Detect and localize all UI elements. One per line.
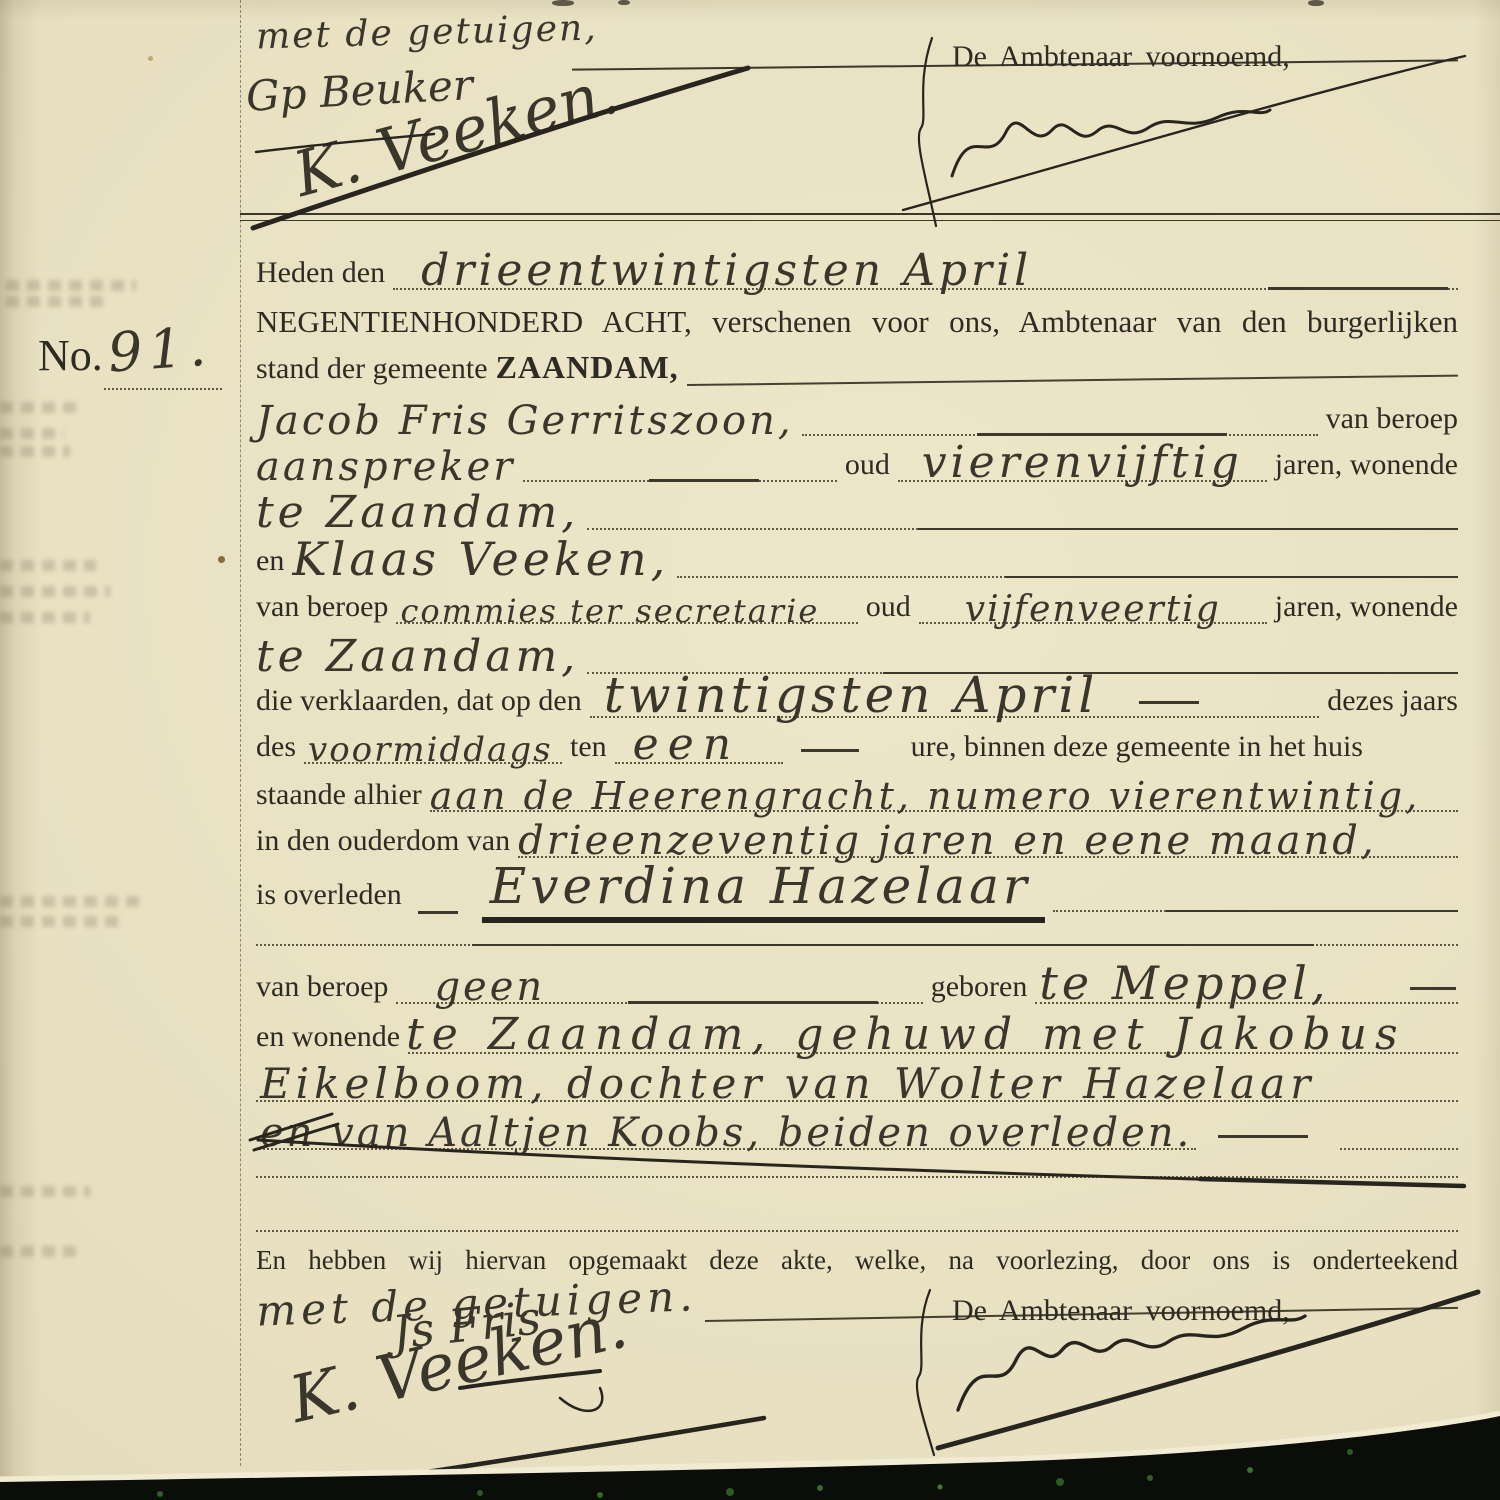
- ink-dash: [1268, 287, 1448, 290]
- age-entry-field: vierenvijftig: [898, 429, 1267, 482]
- marriage-field: Eikelboom, dochter van Wolter Hazelaar: [256, 1051, 1458, 1102]
- ink-dash: [1139, 701, 1199, 704]
- act-number-value: 91.: [106, 314, 214, 384]
- bleed-through-mark: [0, 586, 110, 597]
- bleed-through-mark: [6, 296, 106, 307]
- label-ure-gemeente: ure, binnen deze gemeente in het huis: [911, 730, 1363, 765]
- form-line-residence-marriage: en wonende te Zaandam, gehuwd met Jakobu…: [256, 1002, 1458, 1054]
- act-number-underline: [104, 388, 222, 390]
- form-line-age-at-death: in den ouderdom van drieenzeventig jaren…: [256, 808, 1458, 858]
- label-heden-den: Heden den: [256, 256, 385, 291]
- official-heading-top: De Ambtenaar voornoemd,: [952, 40, 1290, 75]
- previous-act-closing-hand: met de getuigen,: [256, 8, 599, 58]
- form-line-death-time: des voormiddags ten een ure, binnen deze…: [256, 714, 1458, 764]
- form-line-declarant2-name: en Klaas Veeken,: [256, 526, 1458, 578]
- dotted-fill: [1340, 1148, 1458, 1150]
- deceased-occupation-field: geen: [396, 956, 922, 1004]
- cut-off-text-fragment: [1308, 0, 1324, 6]
- hand-deceased-name: Everdina Hazelaar: [482, 857, 1045, 923]
- label-is-overleden: is overleden: [256, 878, 402, 913]
- date-entry-field: drieentwintigsten April: [393, 237, 1458, 290]
- bleed-through-mark: [0, 916, 120, 927]
- label-verklaarden: die verklaarden, dat op den: [256, 684, 582, 719]
- blank-ruled-line: [256, 920, 1458, 946]
- form-line-year: NEGENTIENHONDERD ACHT, verschenen voor o…: [256, 298, 1458, 340]
- form-line-death-date: die verklaarden, dat op den twintigsten …: [256, 668, 1458, 718]
- hour-entry-field: een: [615, 711, 783, 764]
- label-des: des: [256, 730, 296, 765]
- act-divider-rule: [240, 220, 1500, 221]
- cover-flecks: [157, 1449, 1353, 1498]
- blank-ruled-line: [256, 1206, 1458, 1232]
- bleed-through-mark: [6, 280, 136, 291]
- label-stand-gemeente: stand der gemeente: [256, 352, 488, 387]
- signature-tail: [560, 1388, 602, 1411]
- marbled-cover: [0, 1416, 1500, 1500]
- official-signature-flourish-top: [903, 56, 1465, 210]
- form-line-parents2: en van Aaltjen Koobs, beiden overleden.: [256, 1098, 1458, 1150]
- birthplace-field: te Meppel,: [1035, 948, 1458, 1004]
- bleed-through-mark: [0, 1186, 90, 1197]
- bleed-through-mark: [0, 446, 70, 457]
- label-geboren: geboren: [931, 970, 1028, 1005]
- paper-speck: [148, 56, 153, 61]
- bleed-through-mark: [0, 428, 64, 439]
- page-edge-shadow: [0, 1418, 1500, 1484]
- daypart-entry-field: voormiddags: [304, 722, 562, 764]
- label-oud-2: oud: [866, 590, 911, 625]
- label-year-line: NEGENTIENHONDERD ACHT, verschenen voor o…: [256, 304, 1458, 340]
- hand-parents: en van Aaltjen Koobs, beiden overleden.: [260, 1110, 1192, 1156]
- bleed-through-mark: [0, 612, 90, 623]
- cut-off-text-fragment: [552, 0, 574, 6]
- age-at-death-entry-field: drieenzeventig jaren en eene maand,: [518, 810, 1458, 858]
- blank-ruled-line: [256, 1152, 1458, 1178]
- form-line-date: Heden den drieentwintigsten April: [256, 242, 1458, 290]
- label-staande-alhier: staande alhier: [256, 778, 422, 813]
- paper-speck: [218, 556, 225, 563]
- ink-dash: [1218, 1135, 1308, 1138]
- label-ouderdom: in den ouderdom van: [256, 824, 510, 859]
- label-van-beroep-2: van beroep: [256, 590, 388, 625]
- death-date-entry-field: twintigsten April: [590, 658, 1320, 718]
- address-entry-field: aan de Heerengracht, numero vierentwinti…: [430, 766, 1458, 812]
- form-line-declarant1-occupation: aanspreker oud vierenvijftig jaren, wone…: [256, 432, 1458, 482]
- label-jaren-wonende-2: jaren, wonende: [1275, 590, 1458, 625]
- signature-flourish: [278, 1418, 764, 1494]
- hand-registration-date: drieentwintigsten April: [421, 245, 1032, 296]
- form-line-declarant1-name: Jacob Fris Gerritszoon, van beroep: [256, 384, 1458, 436]
- occupation-entry-field: commies ter secretarie: [396, 584, 857, 624]
- bleed-through-mark: [0, 402, 80, 413]
- parents-field: en van Aaltjen Koobs, beiden overleden.: [256, 1102, 1196, 1150]
- ink-dash: [418, 911, 458, 914]
- death-record-page: No. 91. met de getuigen, De Ambtenaar vo…: [0, 0, 1500, 1500]
- label-dezes-jaars: dezes jaars: [1327, 684, 1458, 719]
- label-van-beroep-1: van beroep: [1326, 402, 1458, 437]
- label-jaren-wonende-1: jaren, wonende: [1275, 448, 1458, 483]
- cut-off-text-fragment: [618, 0, 630, 5]
- act-number-label: No.: [38, 330, 103, 381]
- label-van-beroep-3: van beroep: [256, 970, 388, 1005]
- label-oud-1: oud: [845, 448, 890, 483]
- bleed-through-mark: [0, 896, 140, 907]
- bleed-through-mark: [0, 1246, 80, 1257]
- page-edge-highlight: [0, 1414, 1500, 1480]
- form-line-deceased-name: is overleden Everdina Hazelaar: [256, 856, 1458, 912]
- form-line-declarant2-occupation: van beroep commies ter secretarie oud vi…: [256, 576, 1458, 624]
- form-line-marriage-parents1: Eikelboom, dochter van Wolter Hazelaar: [256, 1048, 1458, 1102]
- form-line-gemeente: stand der gemeente ZAANDAM,: [256, 342, 1458, 386]
- age-entry-field: vijfenveertig: [919, 581, 1267, 624]
- bleed-through-mark: [0, 560, 96, 571]
- dotted-fill: [256, 944, 1458, 946]
- official-signature-mark-bottom: [958, 1316, 1305, 1410]
- gemeente-name: ZAANDAM,: [496, 349, 679, 386]
- form-line-occupation-birthplace: van beroep geen geboren te Meppel,: [256, 952, 1458, 1004]
- dotted-fill: [1053, 910, 1458, 912]
- form-line-declarant1-residence: te Zaandam,: [256, 480, 1458, 530]
- official-signature-mark-top: [952, 110, 1270, 176]
- ink-dash: [801, 749, 859, 752]
- label-ten: ten: [570, 730, 607, 765]
- dotted-fill: [256, 1230, 1458, 1232]
- ink-line: [472, 944, 1313, 946]
- void-stroke: [1200, 1179, 1464, 1186]
- act-divider-rule: [240, 213, 1500, 215]
- official-heading-bottom: De Ambtenaar voornoemd,: [952, 1294, 1290, 1329]
- residence-marriage-field: te Zaandam, gehuwd met Jakobus: [408, 1001, 1458, 1054]
- ink-line: [1166, 910, 1458, 912]
- ink-dash: [1410, 987, 1456, 990]
- label-en: en: [256, 544, 284, 579]
- form-line-address: staande alhier aan de Heerengracht, nume…: [256, 762, 1458, 812]
- dotted-fill: [256, 1176, 1458, 1178]
